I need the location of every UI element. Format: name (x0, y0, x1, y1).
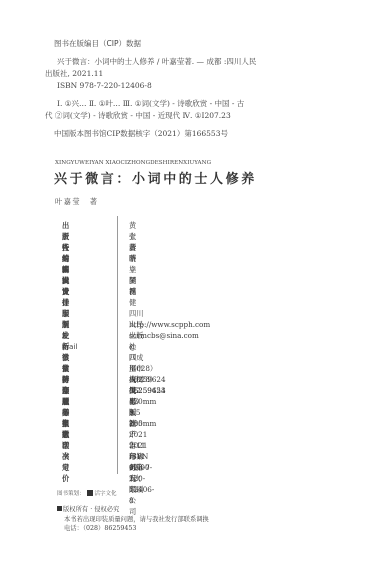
planner-logo-icon (87, 490, 93, 496)
book-author: 叶嘉莹 著 (55, 197, 98, 207)
publication-value: 62.00元 (129, 462, 150, 484)
publication-value: http://www.scpph.com (129, 319, 210, 330)
rights-line-3: 电话：（028）86259453 (57, 524, 209, 534)
planner-name: 活字文化 (95, 491, 117, 497)
book-planner: 图书策划：活字文化 (57, 489, 117, 497)
cip-entry-line-2: 出版社, 2021.11 (45, 68, 103, 80)
book-title-pinyin: XINGYUWEIYAN XIAOCIZHONGDESHIRENXIUYANG (55, 160, 211, 166)
cip-subject-line-2: 代 ②词(文学) - 诗歌欣赏 - 中国 - 近现代 Ⅳ. ①I207.23 (45, 110, 231, 122)
cip-subject-line-1: Ⅰ. ①兴… Ⅱ. ①叶… Ⅲ. ①词(文学) - 诗歌欣赏 - 中国 - 古 (57, 98, 244, 110)
cip-heading: 图书在版编目（CIP）数据 (54, 38, 141, 49)
copyright-notice: 版权所有 · 侵权必究 本书若出现印装质量问题，请与我社发行部联系调换 电话：（… (57, 505, 209, 534)
planner-label: 图书策划： (57, 491, 85, 497)
cip-entry-line-1: 兴于微言：小词中的士人修养 / 叶嘉莹著. — 成都 :四川人民 (57, 56, 256, 68)
cip-core-number: 中国版本图书馆CIP数据核字（2021）第166553号 (54, 128, 228, 140)
column-divider (117, 216, 118, 474)
credit-value: 祝 健 (129, 286, 143, 308)
rights-line-2: 本书若出现印装质量问题，请与我社发行部联系调换 (57, 515, 209, 525)
publication-value: 8.5 (129, 407, 140, 418)
square-bullet-icon (57, 506, 62, 511)
cip-isbn: ISBN 978-7-220-12406-8 (57, 80, 152, 92)
publication-value: scrmcbs@sina.com (129, 330, 199, 341)
book-title: 兴于微言：小词中的士人修养 (54, 168, 257, 187)
publication-label: 定 价 (62, 462, 84, 484)
rights-line-1: 版权所有 · 侵权必究 (63, 506, 119, 513)
